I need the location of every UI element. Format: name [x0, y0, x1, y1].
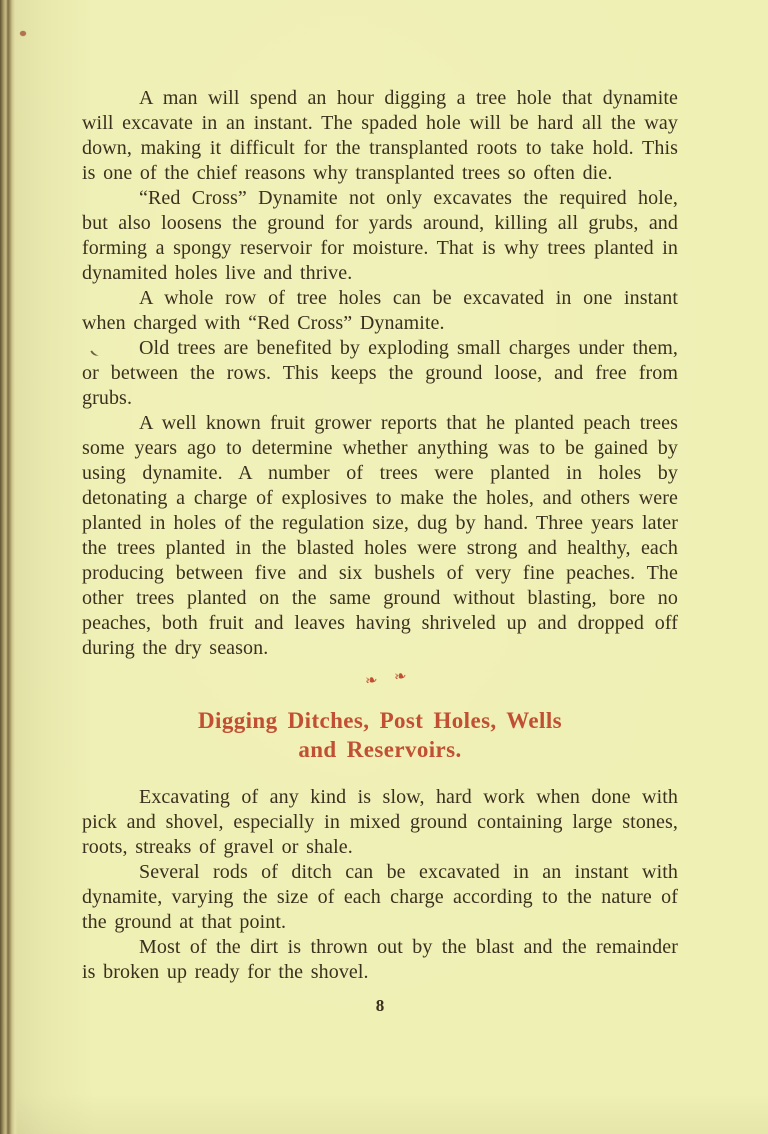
- binding-edge: [0, 0, 18, 1134]
- page-number: 8: [82, 996, 678, 1016]
- book-page: A man will spend an hour digging a tree …: [0, 0, 768, 1134]
- paragraph-dirt-thrown: Most of the dirt is thrown out by the bl…: [82, 935, 678, 985]
- paragraph-excavating: Excavating of any kind is slow, hard wor…: [82, 785, 678, 860]
- paragraph-red-cross-dynamite: “Red Cross” Dynamite not only excavates …: [82, 186, 678, 286]
- paragraph-fruit-grower: A well known fruit grower reports that h…: [82, 411, 678, 661]
- paper-speck: [20, 31, 26, 36]
- section-heading-line-2: and Reservoirs.: [82, 735, 678, 764]
- paragraph-tree-hole: A man will spend an hour digging a tree …: [82, 86, 678, 186]
- paragraph-rods-of-ditch: Several rods of ditch can be excavated i…: [82, 860, 678, 935]
- paragraph-row-of-holes: A whole row of tree holes can be excavat…: [82, 286, 678, 336]
- page-content: A man will spend an hour digging a tree …: [82, 86, 678, 1016]
- paragraph-old-trees: Old trees are benefited by exploding sma…: [82, 336, 678, 411]
